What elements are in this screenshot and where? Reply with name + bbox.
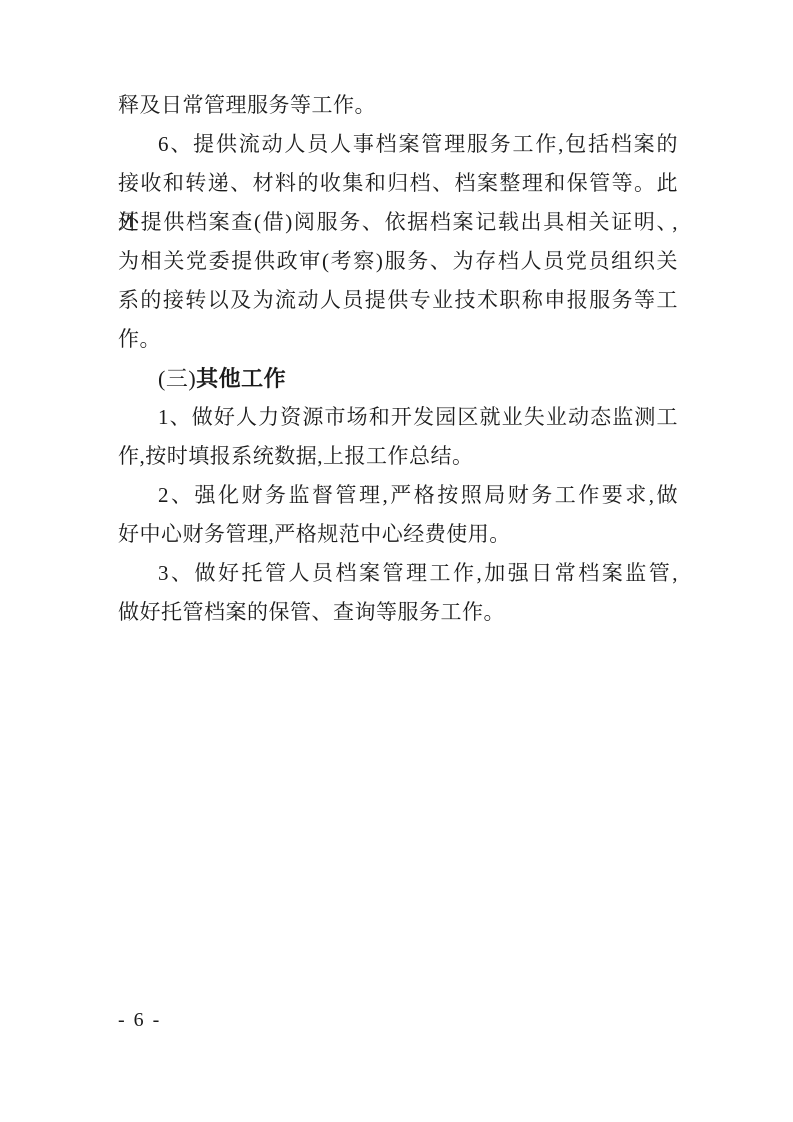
- section-heading: (三)其他工作: [118, 359, 678, 398]
- text-line: 作,按时填报系统数据,上报工作总结。: [118, 437, 678, 476]
- text-line: 做好托管档案的保管、查询等服务工作。: [118, 593, 678, 632]
- section-number: (三): [158, 366, 196, 391]
- text-line: 接收和转递、材料的收集和归档、档案整理和保管等。此外,: [118, 164, 678, 203]
- page-number: - 6 -: [118, 1009, 161, 1031]
- text-line: 释及日常管理服务等工作。: [118, 86, 678, 125]
- text-line: 为相关党委提供政审(考察)服务、为存档人员党员组织关: [118, 242, 678, 281]
- text-line: 作。: [118, 320, 678, 359]
- text-line: 1、做好人力资源市场和开发园区就业失业动态监测工: [118, 398, 678, 437]
- text-line: 3、做好托管人员档案管理工作,加强日常档案监管,: [118, 554, 678, 593]
- document-body: 释及日常管理服务等工作。6、提供流动人员人事档案管理服务工作,包括档案的接收和转…: [118, 86, 678, 632]
- section-title: 其他工作: [196, 366, 286, 391]
- text-line: 系的接转以及为流动人员提供专业技术职称申报服务等工: [118, 281, 678, 320]
- text-line: 2、强化财务监督管理,严格按照局财务工作要求,做: [118, 476, 678, 515]
- document-page: 释及日常管理服务等工作。6、提供流动人员人事档案管理服务工作,包括档案的接收和转…: [0, 0, 793, 1122]
- text-line: 还提供档案查(借)阅服务、依据档案记载出具相关证明、: [118, 203, 678, 242]
- page-footer: - 6 -: [118, 1006, 161, 1034]
- text-line: 好中心财务管理,严格规范中心经费使用。: [118, 515, 678, 554]
- text-line: 6、提供流动人员人事档案管理服务工作,包括档案的: [118, 125, 678, 164]
